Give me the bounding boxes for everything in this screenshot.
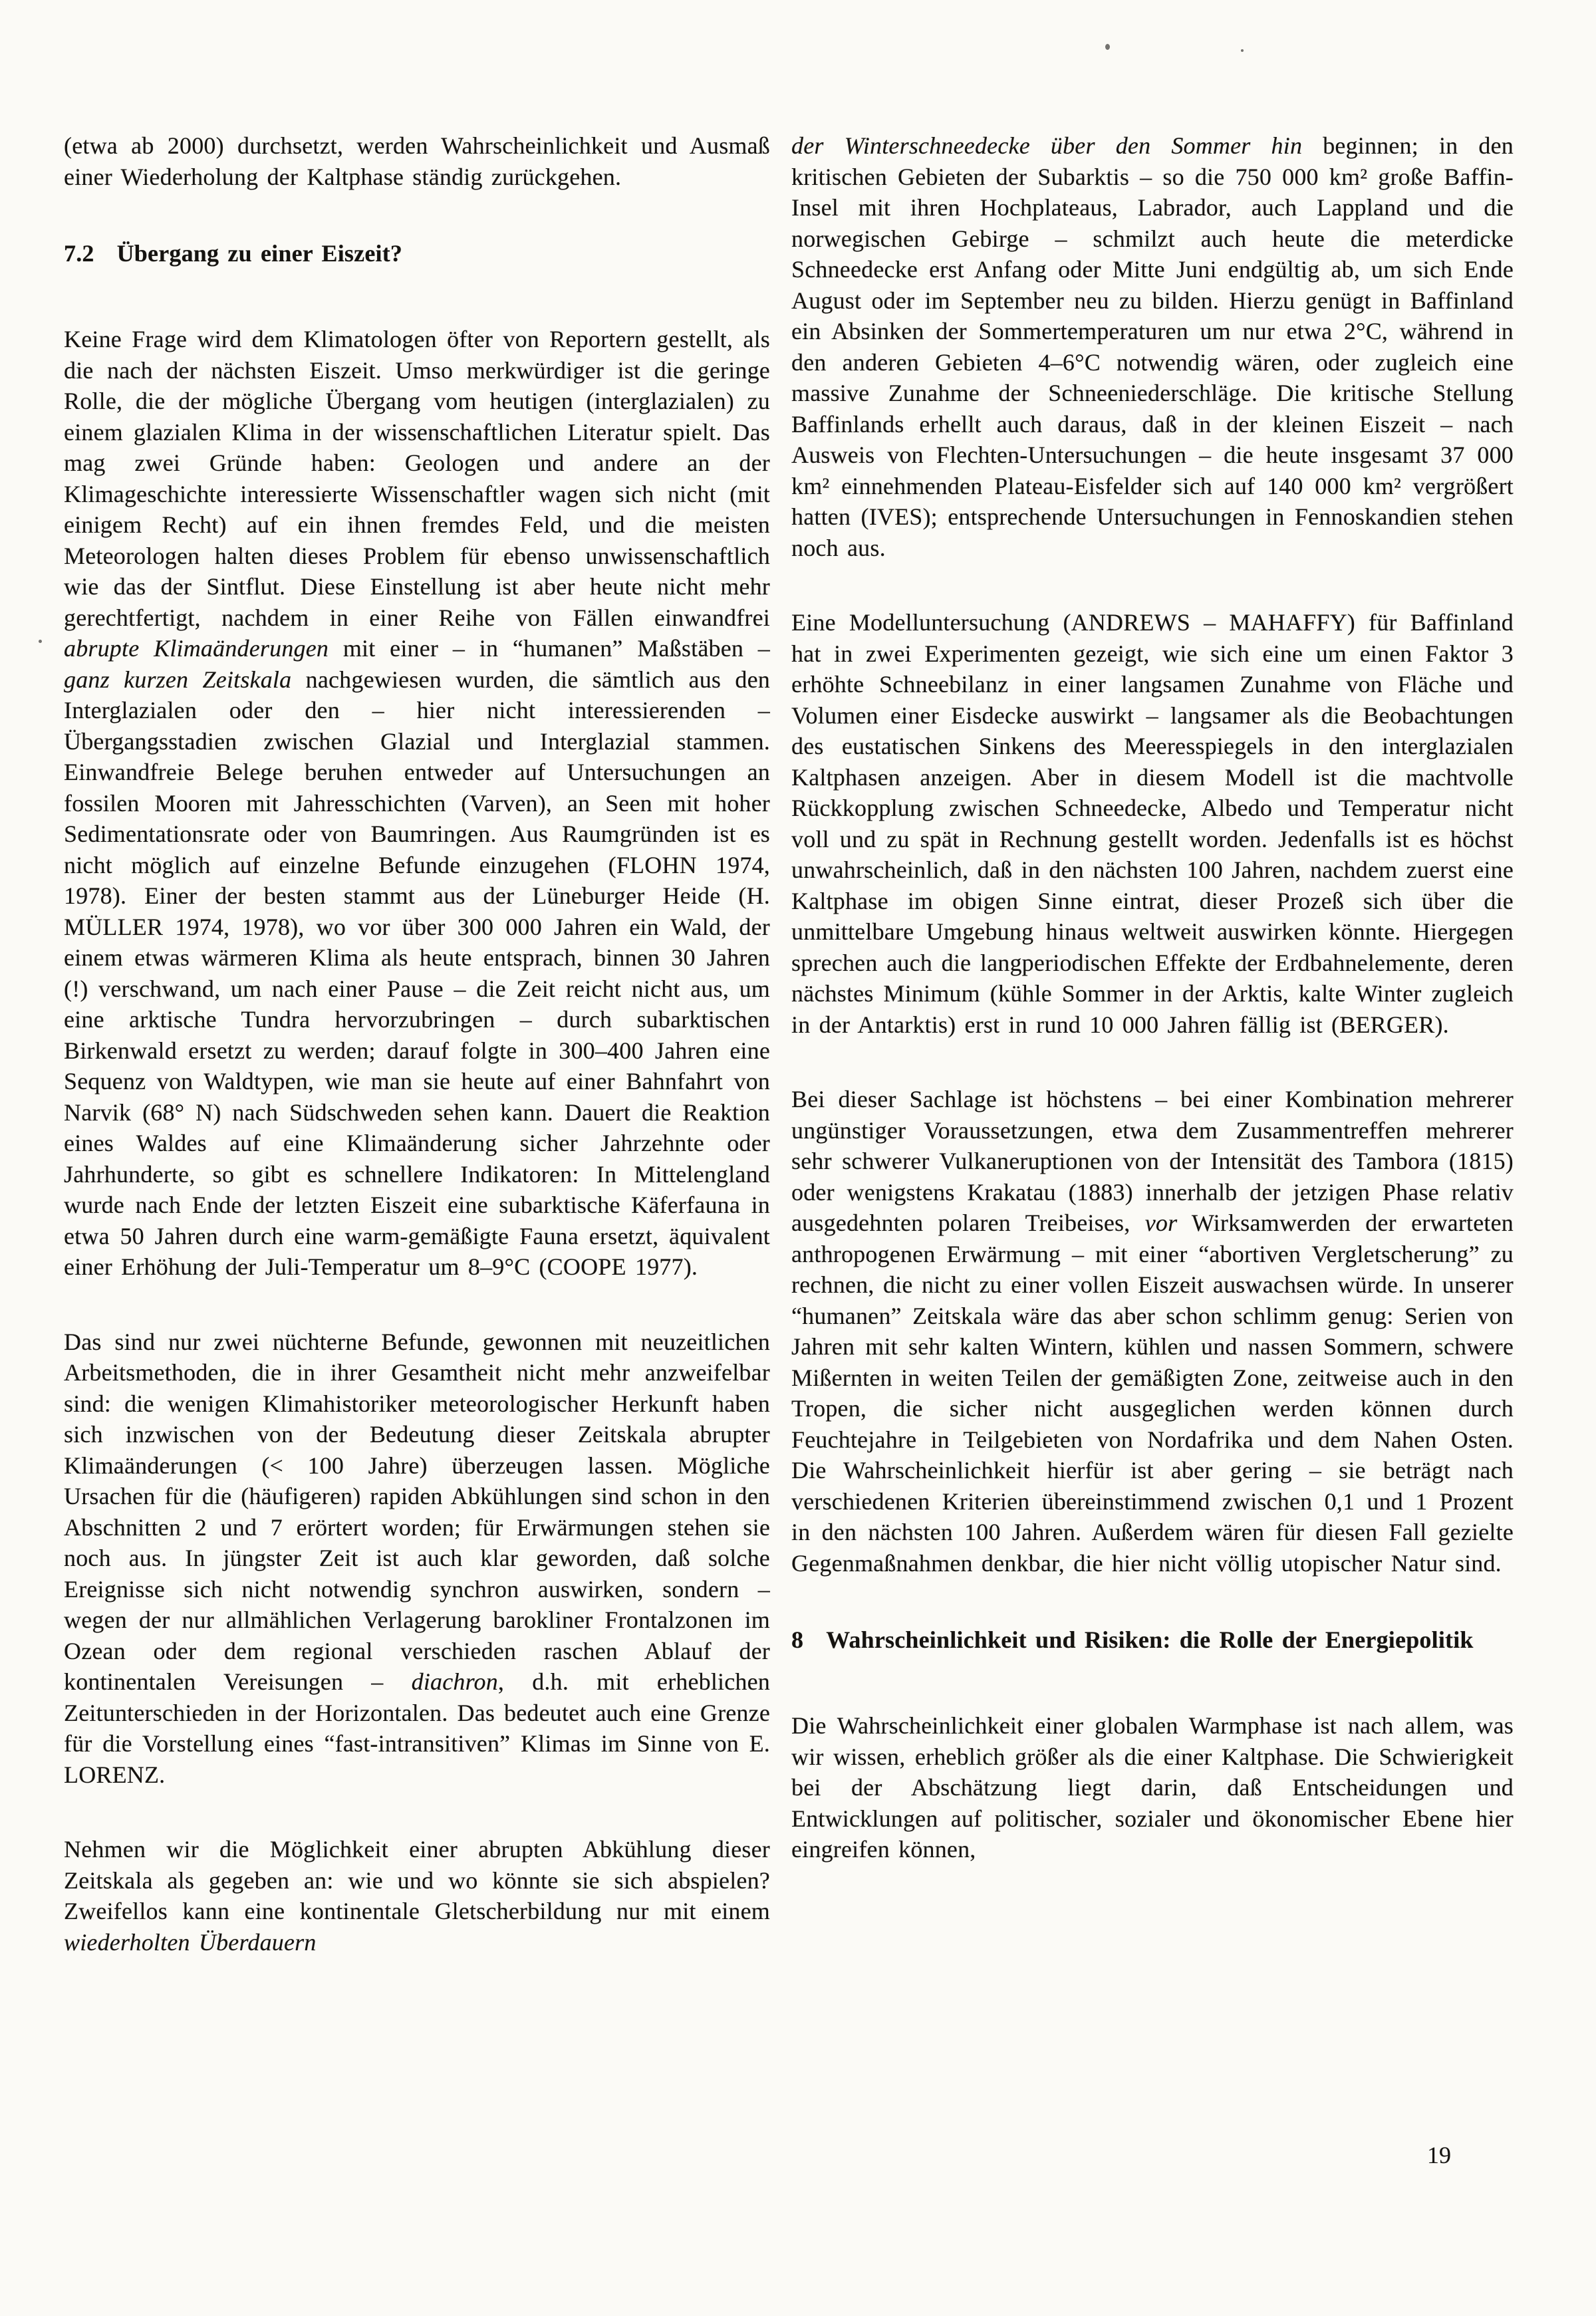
scan-speck — [1105, 44, 1110, 50]
paragraph: Eine Modelluntersuchung (ANDREWS – MAHAF… — [791, 607, 1514, 1040]
italic-text: vor — [1145, 1210, 1178, 1236]
italic-text: abrupte Klimaänderungen — [64, 635, 329, 662]
paragraph: (etwa ab 2000) durchsetzt, werden Wahrsc… — [64, 130, 770, 192]
italic-text: wiederholten Überdauern — [64, 1929, 317, 1956]
section-title: Übergang zu einer Eiszeit? — [117, 240, 402, 267]
scan-speck — [39, 640, 42, 643]
section-number: 8 — [791, 1626, 803, 1653]
section-heading: 8Wahrscheinlichkeit und Risiken: die Rol… — [791, 1622, 1514, 1657]
body-text: mit einer – in “humanen” Maßstäben – — [329, 635, 770, 662]
italic-text: diachron — [412, 1668, 498, 1695]
scan-speck — [1241, 49, 1244, 52]
page-number: 19 — [1427, 2141, 1451, 2169]
paragraph: Bei dieser Sachlage ist höchstens – bei … — [791, 1084, 1514, 1579]
section-heading: 7.2Übergang zu einer Eiszeit? — [64, 236, 770, 271]
book-page: (etwa ab 2000) durchsetzt, werden Wahrsc… — [0, 0, 1596, 2316]
body-text: Eine Modelluntersuchung (ANDREWS – MAHAF… — [791, 609, 1514, 1038]
text-column-left: (etwa ab 2000) durchsetzt, werden Wahrsc… — [64, 130, 770, 2001]
paragraph: der Winterschneedecke über den Sommer hi… — [791, 130, 1514, 563]
body-text: nachgewiesen wurden, die sämtlich aus de… — [64, 666, 770, 1281]
paragraph: Das sind nur zwei nüchterne Befunde, gew… — [64, 1327, 770, 1791]
paragraph: Keine Frage wird dem Klimatologen öfter … — [64, 324, 770, 1283]
body-text: Nehmen wir die Möglichkeit einer abrupte… — [64, 1836, 770, 1924]
body-text: Die Wahrscheinlichkeit einer globalen Wa… — [791, 1712, 1514, 1863]
body-text: (etwa ab 2000) durchsetzt, werden Wahrsc… — [64, 132, 770, 190]
italic-text: ganz kurzen Zeitskala — [64, 666, 291, 693]
body-text: beginnen; in den kritischen Gebieten der… — [791, 132, 1514, 561]
italic-text: der Winterschneedecke über den Sommer hi… — [791, 132, 1302, 159]
body-text: Wirksamwerden der erwarteten anthropogen… — [791, 1210, 1514, 1577]
section-number: 7.2 — [64, 240, 94, 267]
body-text: Keine Frage wird dem Klimatologen öfter … — [64, 326, 770, 631]
paragraph: Die Wahrscheinlichkeit einer globalen Wa… — [791, 1710, 1514, 1865]
body-text: Das sind nur zwei nüchterne Befunde, gew… — [64, 1329, 770, 1696]
text-column-right: der Winterschneedecke über den Sommer hi… — [791, 130, 1514, 1909]
paragraph: Nehmen wir die Möglichkeit einer abrupte… — [64, 1834, 770, 1958]
section-title: Wahrscheinlichkeit und Risiken: die Roll… — [826, 1626, 1473, 1653]
